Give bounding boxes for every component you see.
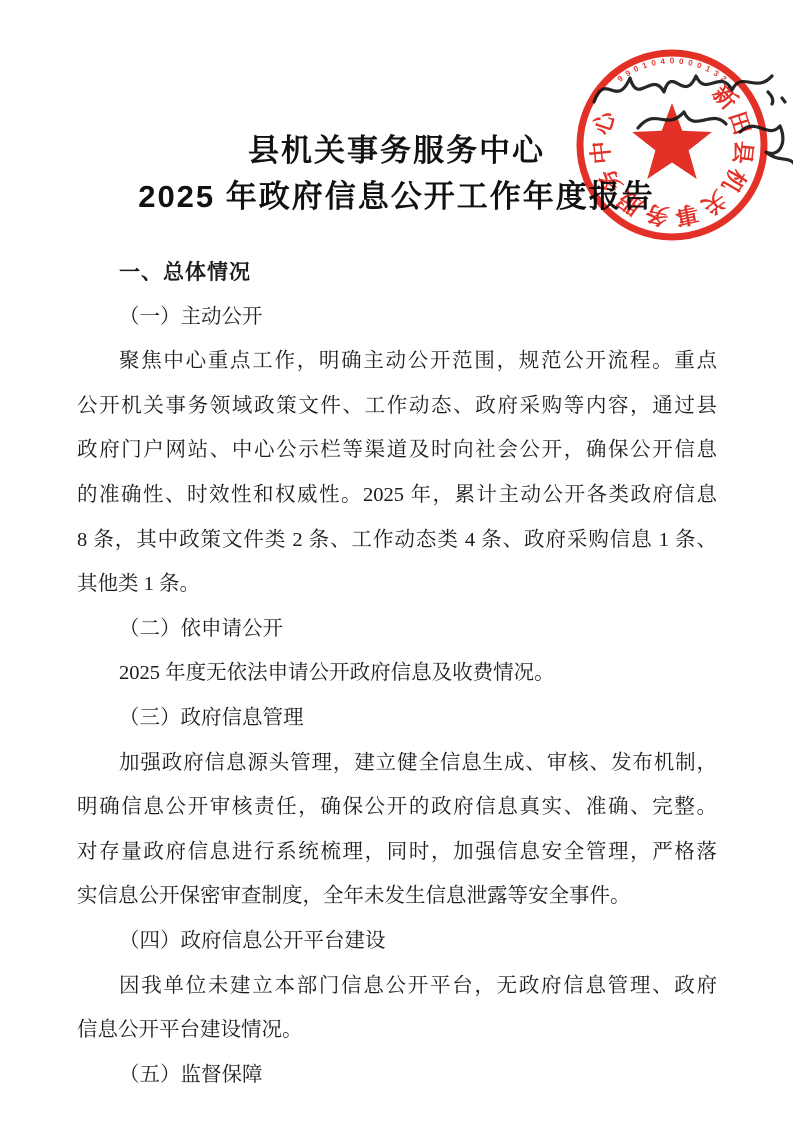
svg-text:1: 1 xyxy=(641,60,649,70)
body-line: 政府门户网站、中心公示栏等渠道及时向社会公开，确保公开信息 xyxy=(77,428,717,473)
svg-text:0: 0 xyxy=(632,64,640,74)
body-line: 因我单位未建立本部门信息公开平台，无政府信息管理、政府 xyxy=(77,964,717,1009)
subsection-heading: （三）政府信息管理 xyxy=(77,696,717,741)
subsection-heading: （五）监督保障 xyxy=(77,1053,717,1098)
title-line-1: 县机关事务服务中心 xyxy=(0,128,793,174)
svg-text:1: 1 xyxy=(704,64,712,74)
document-title: 县机关事务服务中心 2025 年政府信息公开工作年度报告 xyxy=(0,128,793,220)
svg-text:新: 新 xyxy=(708,80,743,114)
svg-text:9: 9 xyxy=(624,68,633,78)
svg-text:9: 9 xyxy=(616,74,625,84)
body-line: 实信息公开保密审查制度，全年未发生信息泄露等安全事件。 xyxy=(77,874,717,919)
section-heading: 一、总体情况 xyxy=(77,250,717,295)
body-line: 其他类 1 条。 xyxy=(77,562,717,607)
document-body: 一、总体情况（一）主动公开聚焦中心重点工作，明确主动公开范围，规范公开流程。重点… xyxy=(77,250,717,1097)
body-line: 明确信息公开审核责任，确保公开的政府信息真实、准确、完整。 xyxy=(77,785,717,830)
svg-text:3: 3 xyxy=(712,69,721,79)
svg-text:0: 0 xyxy=(696,61,704,71)
body-line: 聚焦中心重点工作，明确主动公开范围，规范公开流程。重点 xyxy=(77,339,717,384)
svg-text:2: 2 xyxy=(719,74,728,84)
svg-text:0: 0 xyxy=(670,57,675,66)
body-line: 加强政府信息源头管理，建立健全信息生成、审核、发布机制， xyxy=(77,741,717,786)
body-line: 的准确性、时效性和权威性。2025 年，累计主动公开各类政府信息 xyxy=(77,473,717,518)
body-line: 8 条，其中政策文件类 2 条、工作动态类 4 条、政府采购信息 1 条、 xyxy=(77,518,717,563)
document-page: 县机关事务服务中心 2025 年政府信息公开工作年度报告 一、总体情况（一）主动… xyxy=(0,0,793,1122)
seal-code: 9901040000132 xyxy=(616,57,729,85)
subsection-heading: （二）依申请公开 xyxy=(77,607,717,652)
svg-text:0: 0 xyxy=(687,58,694,68)
svg-text:0: 0 xyxy=(679,57,685,66)
svg-text:4: 4 xyxy=(660,57,666,66)
body-line: 信息公开平台建设情况。 xyxy=(77,1008,717,1053)
subsection-heading: （一）主动公开 xyxy=(77,295,717,340)
subsection-heading: （四）政府信息公开平台建设 xyxy=(77,919,717,964)
title-line-2: 2025 年政府信息公开工作年度报告 xyxy=(0,174,793,220)
body-line: 公开机关事务领域政策文件、工作动态、政府采购等内容，通过县 xyxy=(77,384,717,429)
body-line: 2025 年度无依法申请公开政府信息及收费情况。 xyxy=(77,651,717,696)
body-line: 对存量政府信息进行系统梳理，同时，加强信息安全管理，严格落 xyxy=(77,830,717,875)
svg-text:0: 0 xyxy=(650,58,657,68)
